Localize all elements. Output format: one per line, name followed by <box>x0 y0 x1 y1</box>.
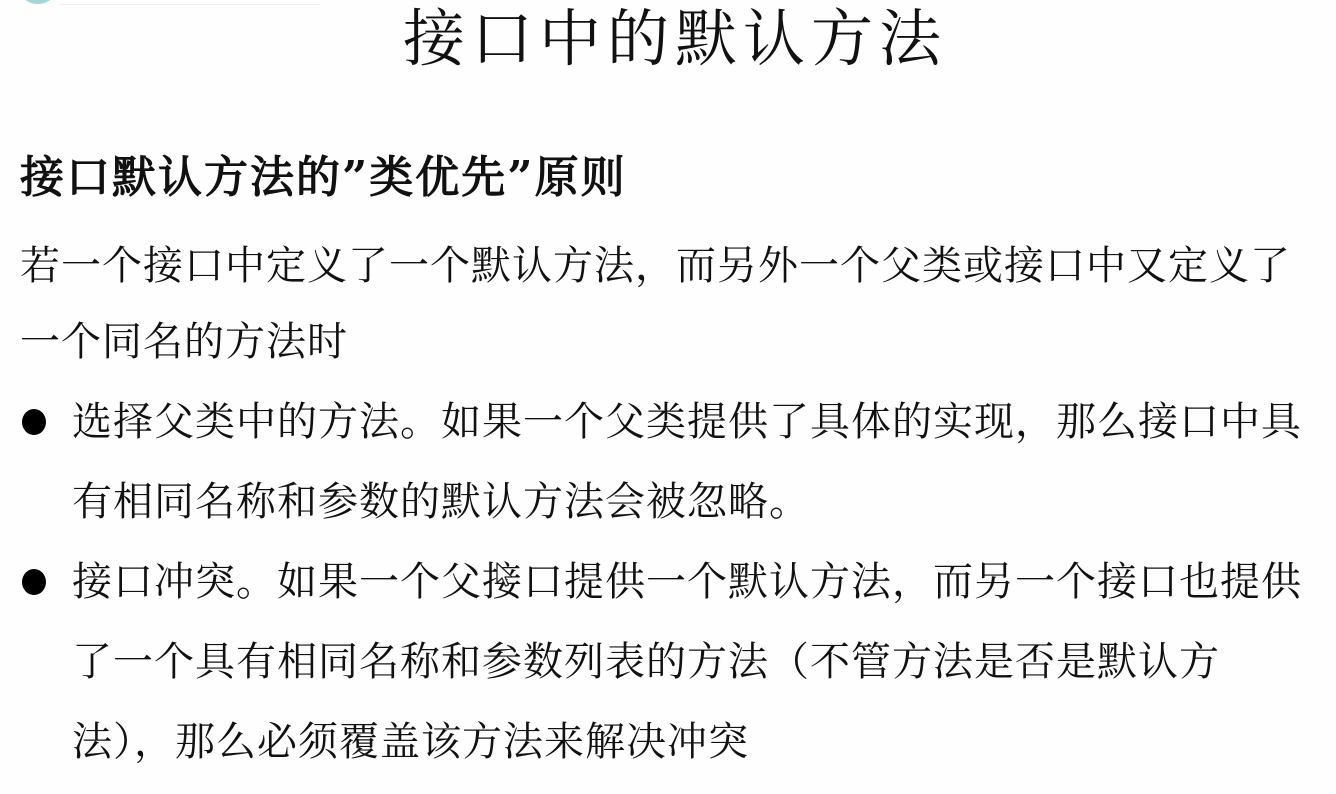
bullet-icon <box>22 569 46 595</box>
slide-title: 接口中的默认方法 <box>0 4 1336 74</box>
intro-paragraph: 若一个接口中定义了一个默认方法，而另外一个父类或接口中又定义了一个同名的方法时 <box>20 228 1320 380</box>
bullet-list: 选择父类中的方法。如果一个父类提供了具体的实现，那么接口中具有相同名称和参数的默… <box>20 382 1320 782</box>
bullet-item-interface-conflict: 接口冲突。如果一个父接口提供一个默认方法，而另一个接口也提供了一个具有相同名称和… <box>20 542 1320 782</box>
bullet-icon <box>22 409 46 435</box>
bullet-text: 选择父类中的方法。如果一个父类提供了具体的实现，那么接口中具有相同名称和参数的默… <box>72 399 1302 525</box>
bullet-item-class-first: 选择父类中的方法。如果一个父类提供了具体的实现，那么接口中具有相同名称和参数的默… <box>20 382 1320 542</box>
bullet-text: 接口冲突。如果一个父接口提供一个默认方法，而另一个接口也提供了一个具有相同名称和… <box>72 559 1302 765</box>
section-heading: 接口默认方法的”类优先”原则 <box>20 148 627 208</box>
